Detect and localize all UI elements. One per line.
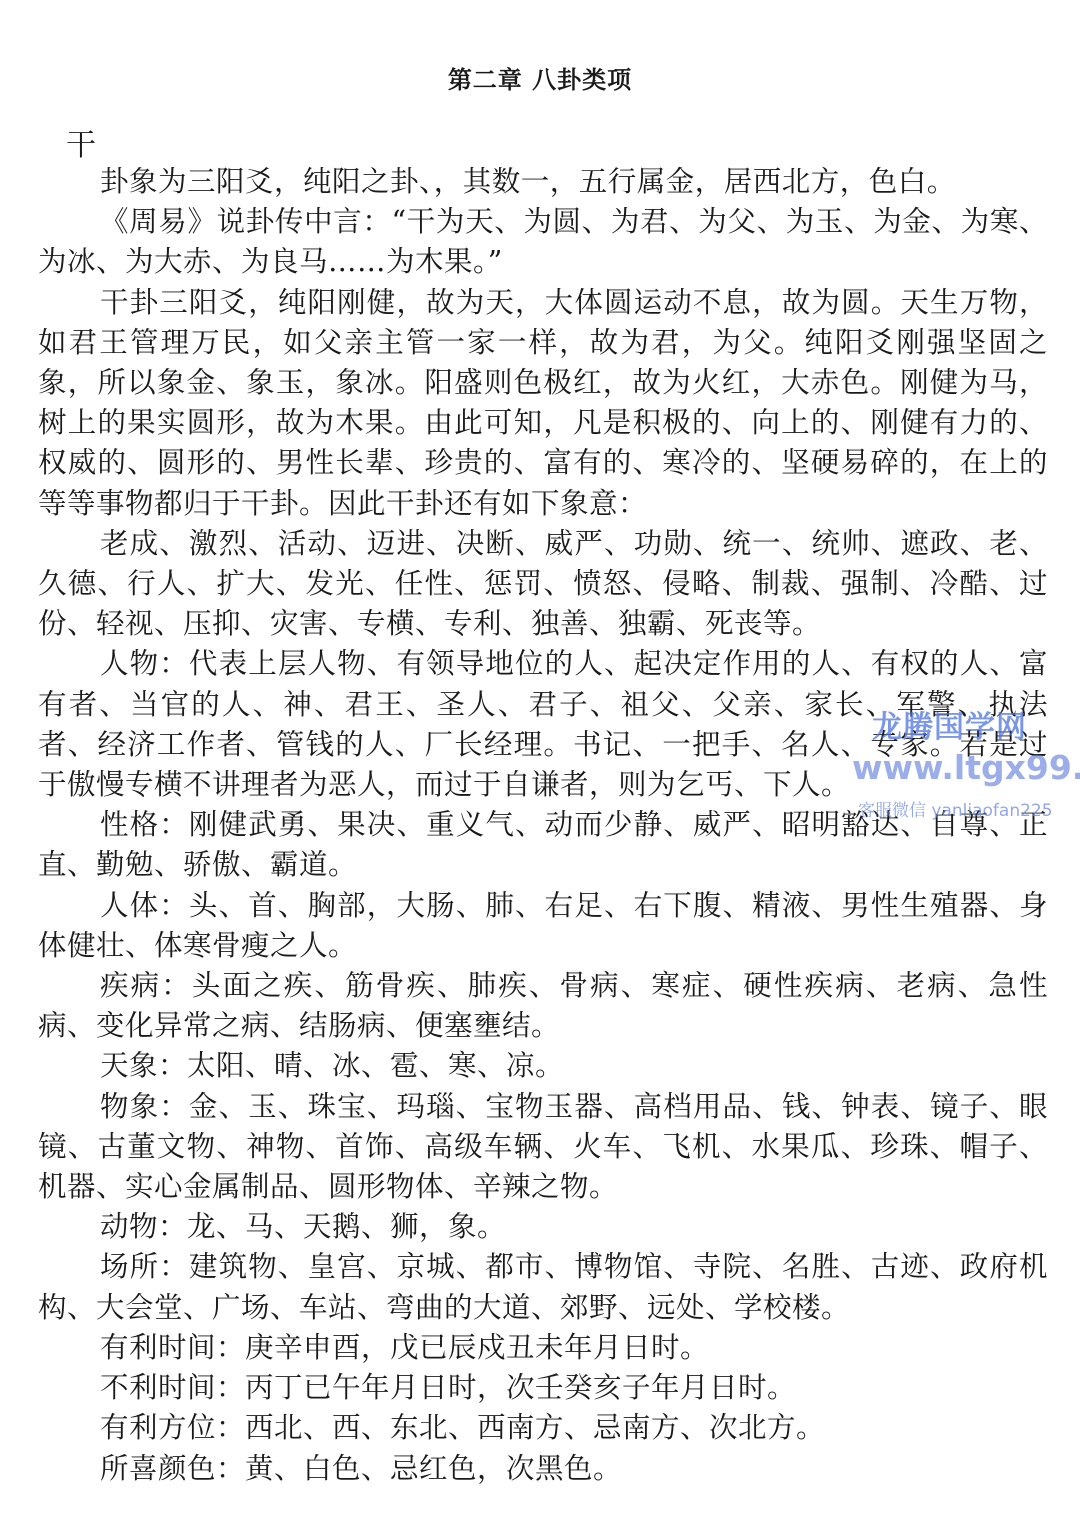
paragraph-body: 人体：头、首、胸部，大肠、肺、右足、右下腹、精液、男性生殖器、身体健壮、体寒骨瘦…: [38, 886, 1048, 966]
paragraph-weather: 天象：太阳、晴、冰、雹、寒、凉。: [38, 1046, 1048, 1086]
paragraph-people: 人物：代表上层人物、有领导地位的人、起决定作用的人、有权的人、富有者、当官的人、…: [38, 644, 1048, 805]
paragraph-places: 场所：建筑物、皇宫、京城、都市、博物馆、寺院、名胜、古迹、政府机构、大会堂、广场…: [38, 1247, 1048, 1327]
paragraph-symbolic-meanings: 老成、激烈、活动、迈进、决断、威严、功勋、统一、统帅、遮政、老、久德、行人、扩大…: [38, 524, 1048, 645]
paragraph-favored-colors: 所喜颜色：黄、白色、忌红色，次黑色。: [38, 1449, 1048, 1489]
paragraph-trigram-summary: 卦象为三阳爻，纯阳之卦、，其数一，五行属金，居西北方，色白。: [38, 162, 1048, 202]
section-heading: 干: [66, 120, 96, 164]
paragraph-favorable-time: 有利时间：庚辛申酉，戊已辰戍丑未年月日时。: [38, 1328, 1048, 1368]
paragraph-animals: 动物：龙、马、天鹅、狮，象。: [38, 1207, 1048, 1247]
chapter-title: 第二章 八卦类项: [0, 60, 1080, 95]
paragraph-zhouyi-quote: 《周易》说卦传中言：“干为天、为圆、为君、为父、为玉、为金、为寒、为冰、为大赤、…: [38, 202, 1048, 282]
paragraph-diseases: 疾病：头面之疾、筋骨疾、肺疾、骨病、寒症、硬性疾病、老病、急性病、变化异常之病、…: [38, 966, 1048, 1046]
paragraph-unfavorable-time: 不利时间：丙丁已午年月日时，次壬癸亥子年月日时。: [38, 1368, 1048, 1408]
paragraph-favorable-direction: 有利方位：西北、西、东北、西南方、忌南方、次北方。: [38, 1408, 1048, 1448]
paragraph-objects: 物象：金、玉、珠宝、玛瑙、宝物玉器、高档用品、钱、钟表、镜子、眼镜、古董文物、神…: [38, 1087, 1048, 1208]
document-body: 卦象为三阳爻，纯阳之卦、，其数一，五行属金，居西北方，色白。 《周易》说卦传中言…: [38, 162, 1048, 1489]
paragraph-explanation: 干卦三阳爻，纯阳刚健，故为天，大体圆运动不息，故为圆。天生万物，如君王管理万民，…: [38, 283, 1048, 524]
paragraph-personality: 性格：刚健武勇、果决、重义气、动而少静、威严、昭明豁达、自尊、正直、勤勉、骄傲、…: [38, 805, 1048, 885]
